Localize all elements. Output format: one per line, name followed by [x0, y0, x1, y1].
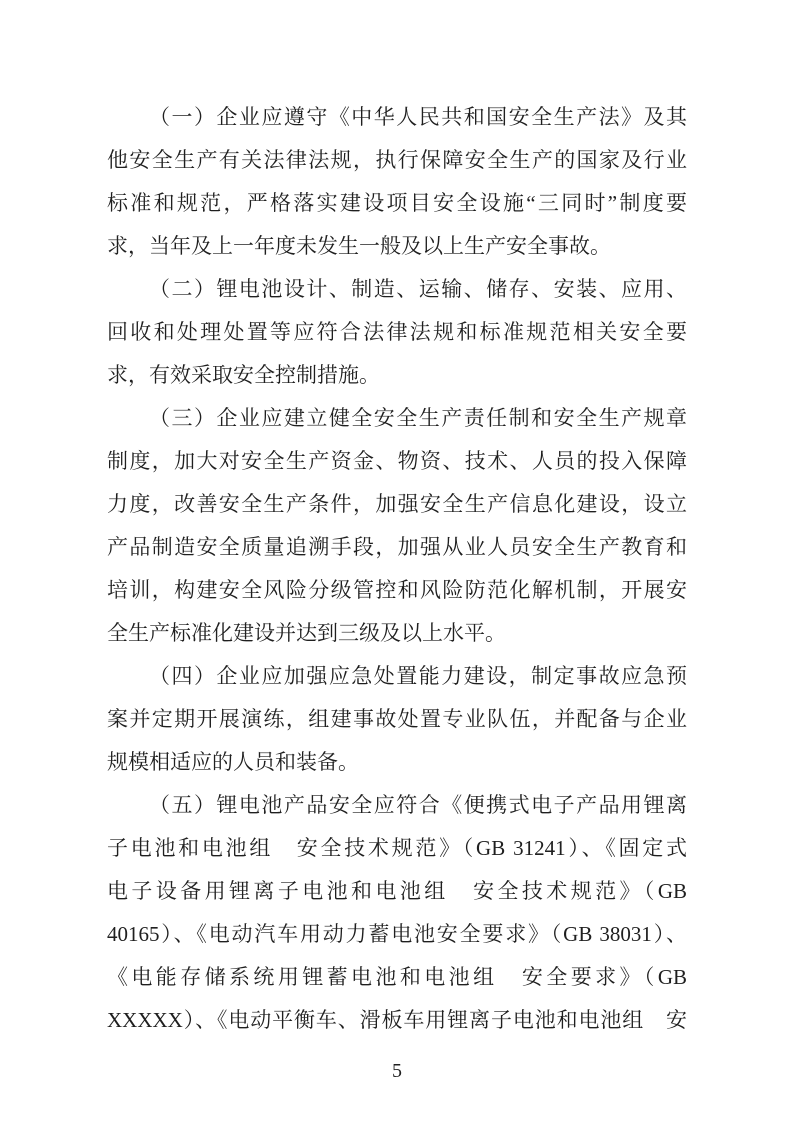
text-line: （二）锂电池设计、制造、运输、储存、安装、应用、	[107, 268, 687, 311]
text-line: 力度，改善安全生产条件，加强安全生产信息化建设，设立	[107, 483, 687, 526]
text-line: 求，有效采取安全控制措施。	[107, 354, 687, 397]
text-line: XXXXX）、《电动平衡车、滑板车用锂离子电池和电池组 安	[107, 999, 687, 1042]
paragraph-1: （一）企业应遵守《中华人民共和国安全生产法》及其 他安全生产有关法律法规，执行保…	[107, 96, 687, 268]
text-line: （四）企业应加强应急处置能力建设，制定事故应急预	[107, 655, 687, 698]
paragraph-5: （五）锂电池产品安全应符合《便携式电子产品用锂离 子电池和电池组 安全技术规范》…	[107, 784, 687, 1042]
text-line: 他安全生产有关法律法规，执行保障安全生产的国家及行业	[107, 139, 687, 182]
text-line: 产品制造安全质量追溯手段，加强从业人员安全生产教育和	[107, 526, 687, 569]
text-line: （一）企业应遵守《中华人民共和国安全生产法》及其	[107, 96, 687, 139]
text-line: （五）锂电池产品安全应符合《便携式电子产品用锂离	[107, 784, 687, 827]
text-line: 《电能存储系统用锂蓄电池和电池组 安全要求》（GB	[107, 956, 687, 999]
document-body: （一）企业应遵守《中华人民共和国安全生产法》及其 他安全生产有关法律法规，执行保…	[107, 96, 687, 1042]
text-line: 培训，构建安全风险分级管控和风险防范化解机制，开展安	[107, 569, 687, 612]
document-page: （一）企业应遵守《中华人民共和国安全生产法》及其 他安全生产有关法律法规，执行保…	[0, 0, 794, 1123]
text-line: 回收和处理处置等应符合法律法规和标准规范相关安全要	[107, 311, 687, 354]
text-line: 制度，加大对安全生产资金、物资、技术、人员的投入保障	[107, 440, 687, 483]
text-line: 子电池和电池组 安全技术规范》（GB 31241）、《固定式	[107, 827, 687, 870]
paragraph-4: （四）企业应加强应急处置能力建设，制定事故应急预 案并定期开展演练，组建事故处置…	[107, 655, 687, 784]
text-line: （三）企业应建立健全安全生产责任制和安全生产规章	[107, 397, 687, 440]
text-line: 40165）、《电动汽车用动力蓄电池安全要求》（GB 38031）、	[107, 913, 687, 956]
paragraph-2: （二）锂电池设计、制造、运输、储存、安装、应用、 回收和处理处置等应符合法律法规…	[107, 268, 687, 397]
text-line: 标准和规范，严格落实建设项目安全设施“三同时”制度要	[107, 182, 687, 225]
text-line: 全生产标准化建设并达到三级及以上水平。	[107, 612, 687, 655]
text-line: 案并定期开展演练，组建事故处置专业队伍，并配备与企业	[107, 698, 687, 741]
page-number: 5	[392, 1060, 402, 1082]
text-line: 电子设备用锂离子电池和电池组 安全技术规范》（GB	[107, 870, 687, 913]
text-line: 求，当年及上一年度未发生一般及以上生产安全事故。	[107, 225, 687, 268]
page-footer: 5	[0, 1057, 794, 1085]
text-line: 规模相适应的人员和装备。	[107, 741, 687, 784]
paragraph-3: （三）企业应建立健全安全生产责任制和安全生产规章 制度，加大对安全生产资金、物资…	[107, 397, 687, 655]
